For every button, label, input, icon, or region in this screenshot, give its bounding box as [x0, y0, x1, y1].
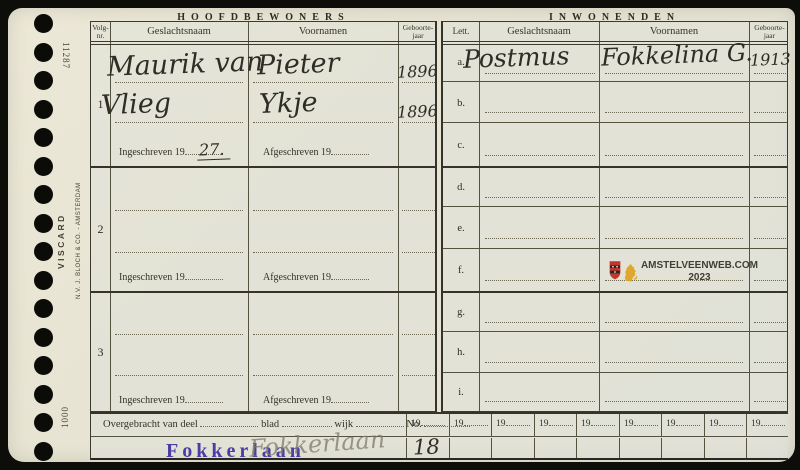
deregistered-label: Afgeschreven 19 [263, 395, 369, 406]
binder-hole [34, 71, 53, 90]
write-line [115, 210, 243, 211]
lodger-row-a: a. Postmus Fokkelina G. 1913 [443, 41, 787, 82]
year-cell: 19 [619, 414, 661, 436]
row-letter: i. [443, 387, 479, 398]
binder-hole [34, 128, 53, 147]
registered-year-entry: 27. [197, 139, 231, 160]
main-residents-table: Volg-nr. Geslachtsnaam Voornamen Geboort… [90, 21, 437, 412]
row-letter: c. [443, 140, 479, 151]
year-cell: 19 [406, 414, 449, 436]
write-line [485, 155, 595, 156]
printer-imprint: VISCARD N.V. J. BLOCH & CO. - AMSTERDAM [52, 166, 88, 316]
col-header-firstnames: Voornamen [599, 22, 749, 41]
deregistered-label-text: Afgeschreven 19 [263, 395, 331, 406]
firstnames-entry: Pieter [256, 48, 340, 82]
watermark-text: AMSTELVEENWEB.COM 2023 [641, 260, 758, 284]
write-line [754, 362, 786, 363]
write-line [605, 112, 743, 113]
row-letter: b. [443, 98, 479, 109]
write-line [253, 122, 393, 123]
write-line [754, 197, 786, 198]
deregistered-label-text: Afgeschreven 19 [263, 147, 331, 158]
write-line [485, 362, 595, 363]
transfer-band: Overgebracht van deel blad wijk No. 19 1… [90, 412, 788, 460]
empty-cell [746, 438, 789, 458]
dotted-leader [331, 395, 369, 403]
write-line [402, 334, 435, 335]
registered-label: Ingeschreven 19 [119, 395, 223, 406]
amstelveen-crest-icon [608, 258, 641, 286]
write-line [402, 210, 435, 211]
year-cell-label: 19 [454, 419, 464, 429]
col-header-surname: Geslachtsnaam [110, 22, 248, 41]
deregistered-label: Afgeschreven 19 [263, 272, 369, 283]
house-number-entry: 18 [413, 435, 441, 460]
lodger-row-c: c. [443, 123, 787, 166]
registered-label: Ingeschreven 19 [119, 272, 223, 283]
write-line [605, 73, 743, 74]
serial-number-top: 11287 [61, 42, 71, 69]
resident-entry-3: 3 Ingeschreven 19 Afgeschreven 19 [91, 293, 435, 413]
empty-cell [534, 438, 576, 458]
transfer-row: Overgebracht van deel blad wijk No. 19 1… [91, 414, 788, 437]
binder-hole [34, 100, 53, 119]
year-cell: 19 [704, 414, 746, 436]
write-line [485, 238, 595, 239]
write-line [253, 210, 393, 211]
year-cell: 19 [746, 414, 789, 436]
lodger-row-b: b. [443, 82, 787, 123]
year-cell: 19 [576, 414, 619, 436]
surname-entry: Vlieg [100, 88, 171, 121]
binder-hole [34, 299, 53, 318]
write-line [402, 122, 435, 123]
binder-hole [34, 14, 53, 33]
write-line [754, 112, 786, 113]
birthyear-entry: 1896 [397, 61, 438, 81]
year-cell-label: 19 [624, 419, 634, 429]
row-letter: f. [443, 265, 479, 276]
write-line [605, 238, 743, 239]
col-header-lett: Lett. [443, 22, 479, 41]
lodgers-table: Lett. Geslachtsnaam Voornamen Geboorte-j… [441, 21, 788, 412]
house-number-cell: 18 [406, 438, 449, 458]
firstnames-entry: Fokkelina G. [601, 38, 754, 71]
write-line [485, 280, 595, 281]
binder-hole [34, 185, 53, 204]
dotted-leader [676, 418, 700, 426]
transfer-deel-label: Overgebracht van deel [103, 419, 198, 430]
col-header-birthyear: Geboorte-jaar [398, 22, 438, 41]
printer-address: N.V. J. BLOCH & CO. - AMSTERDAM [76, 183, 82, 300]
row-letter: g. [443, 307, 479, 318]
write-line [605, 401, 743, 402]
printer-brand: VISCARD [56, 213, 66, 269]
binder-hole [34, 242, 53, 261]
write-line [253, 252, 393, 253]
row-letter: e. [443, 223, 479, 234]
write-line [115, 82, 243, 83]
year-cell: 19 [449, 414, 491, 436]
dotted-leader [331, 147, 369, 155]
write-line [115, 252, 243, 253]
year-cell: 19 [534, 414, 576, 436]
row-letter: h. [443, 347, 479, 358]
col-header-birthyear: Geboorte-jaar [749, 22, 790, 41]
col-header-surname: Geslachtsnaam [479, 22, 599, 41]
write-line [402, 375, 435, 376]
scanned-register-card-page: 11287 VISCARD N.V. J. BLOCH & CO. - AMST… [0, 0, 800, 470]
write-line [605, 155, 743, 156]
write-line [605, 197, 743, 198]
entry-number: 2 [91, 222, 110, 237]
write-line [754, 401, 786, 402]
write-line [754, 280, 786, 281]
resident-entry-1: 1 Maurik van Pieter 1896 Vlieg Ykje 1896… [91, 41, 435, 166]
registered-label-text: Ingeschreven 19 [119, 395, 185, 406]
dotted-leader [634, 418, 658, 426]
year-cell: 19 [491, 414, 534, 436]
empty-cell [619, 438, 661, 458]
row-letter: d. [443, 182, 479, 193]
year-cell: 19 [661, 414, 704, 436]
entry-number: 3 [91, 345, 110, 360]
write-line [253, 334, 393, 335]
binder-hole [34, 385, 53, 404]
binder-hole [34, 328, 53, 347]
dotted-leader [464, 418, 488, 426]
write-line [115, 334, 243, 335]
empty-cell [576, 438, 619, 458]
write-line [253, 375, 393, 376]
resident-entry-2: 2 Ingeschreven 19 Afgeschreven 19 [91, 168, 435, 291]
write-line [402, 82, 435, 83]
surname-entry: Postmus [463, 41, 570, 74]
dotted-leader [761, 418, 785, 426]
binder-hole [34, 271, 53, 290]
empty-cell [661, 438, 704, 458]
birthyear-entry: 1913 [750, 49, 791, 69]
write-line [485, 401, 595, 402]
dotted-leader [421, 418, 445, 426]
dotted-leader [185, 272, 223, 280]
write-line [402, 252, 435, 253]
col-header-volgnr: Volg-nr. [91, 22, 110, 41]
dotted-leader [282, 419, 332, 427]
binder-hole [34, 157, 53, 176]
lodger-row-h: h. [443, 332, 787, 373]
dotted-leader [549, 418, 573, 426]
write-line [485, 112, 595, 113]
lodger-row-i: i. [443, 373, 787, 413]
dotted-leader [185, 395, 223, 403]
write-line [485, 73, 595, 74]
binder-hole [34, 356, 53, 375]
year-cell-label: 19 [581, 419, 591, 429]
year-cell-label: 19 [496, 419, 506, 429]
write-line [605, 322, 743, 323]
binder-hole [34, 442, 53, 461]
binder-hole [34, 413, 53, 432]
empty-cell [491, 438, 534, 458]
watermark-year: 2023 [641, 272, 758, 284]
year-cell-label: 19 [411, 419, 421, 429]
registry-card: 11287 VISCARD N.V. J. BLOCH & CO. - AMST… [8, 8, 795, 462]
dotted-leader [331, 272, 369, 280]
registered-label-text: Ingeschreven 19 [119, 147, 185, 158]
transfer-blad-label: blad [261, 419, 279, 430]
write-line [115, 122, 243, 123]
write-line [754, 155, 786, 156]
write-line [485, 197, 595, 198]
firstnames-entry: Ykje [258, 87, 318, 120]
year-cell-label: 19 [709, 419, 719, 429]
empty-cell [704, 438, 746, 458]
write-line [253, 82, 393, 83]
deregistered-label: Afgeschreven 19 [263, 147, 369, 158]
year-cell-label: 19 [666, 419, 676, 429]
write-line [754, 73, 786, 74]
lodger-row-e: e. [443, 207, 787, 249]
dotted-leader [719, 418, 743, 426]
surname-entry: Maurik van [107, 46, 264, 82]
year-cell-label: 19 [539, 419, 549, 429]
birthyear-entry: 1896 [397, 101, 438, 121]
write-line [754, 238, 786, 239]
lodger-row-d: d. [443, 168, 787, 207]
year-cell-label: 19 [751, 419, 761, 429]
watermark: AMSTELVEENWEB.COM 2023 [608, 254, 758, 290]
write-line [754, 322, 786, 323]
write-line [485, 322, 595, 323]
deregistered-label-text: Afgeschreven 19 [263, 272, 331, 283]
empty-cell [449, 438, 491, 458]
dotted-leader [591, 418, 615, 426]
dotted-leader [200, 419, 258, 427]
watermark-site: AMSTELVEENWEB.COM [641, 260, 758, 272]
write-line [605, 362, 743, 363]
serial-number-bottom: 1000 [60, 406, 70, 428]
binder-hole [34, 43, 53, 62]
write-line [115, 375, 243, 376]
col-header-firstnames: Voornamen [248, 22, 398, 41]
lodger-row-g: g. [443, 293, 787, 332]
dotted-leader [506, 418, 530, 426]
registered-label-text: Ingeschreven 19 [119, 272, 185, 283]
binder-hole [34, 214, 53, 233]
street-row: Fokkerlaan Fokkerlaan 18 [91, 438, 788, 460]
